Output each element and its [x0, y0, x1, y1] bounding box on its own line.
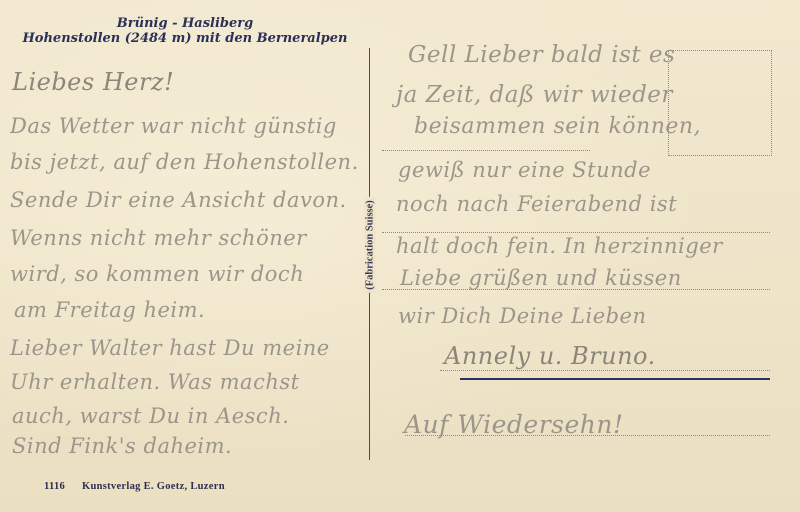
caption-location: Brünig - Hasliberg — [0, 16, 370, 31]
stamp-box — [668, 50, 772, 156]
handwriting-left-6: wird, so kommen wir doch — [10, 262, 304, 286]
publisher-name: Kunstverlag E. Goetz, Luzern — [82, 481, 225, 492]
handwriting-right-8: wir Dich Deine Lieben — [398, 304, 647, 328]
address-rule-solid — [460, 378, 770, 380]
handwriting-left-8: Lieber Walter hast Du meine — [10, 336, 330, 360]
address-line-2 — [382, 232, 770, 233]
handwriting-right-1: Gell Lieber bald ist es — [408, 42, 675, 68]
handwriting-left-5: Wenns nicht mehr schöner — [10, 226, 307, 250]
fabrication-label: (Fabrication Suisse) — [365, 197, 376, 293]
postcard-back: Brünig - Hasliberg Hohenstollen (2484 m)… — [0, 0, 800, 512]
closing-farewell: Auf Wiedersehn! — [404, 410, 624, 439]
signature: Annely u. Bruno. — [444, 342, 656, 370]
handwriting-left-4: Sende Dir eine Ansicht davon. — [10, 188, 347, 212]
handwriting-left-1: Liebes Herz! — [12, 68, 174, 96]
handwriting-left-10: auch, warst Du in Aesch. — [12, 404, 289, 428]
handwriting-right-6: halt doch fein. In herzinniger — [396, 234, 723, 258]
handwriting-right-4: gewiß nur eine Stunde — [398, 158, 651, 182]
card-number: 1116 — [44, 481, 65, 492]
handwriting-left-9: Uhr erhalten. Was machst — [10, 370, 300, 394]
postcard-caption: Brünig - Hasliberg Hohenstollen (2484 m)… — [0, 16, 370, 46]
caption-description: Hohenstollen (2484 m) mit den Berneralpe… — [0, 31, 370, 46]
handwriting-left-7: am Freitag heim. — [14, 298, 205, 322]
handwriting-right-7: Liebe grüßen und küssen — [400, 266, 682, 290]
address-line-1 — [382, 150, 590, 151]
handwriting-left-11: Sind Fink's daheim. — [12, 434, 232, 458]
handwriting-left-2: Das Wetter war nicht günstig — [10, 114, 337, 138]
handwriting-right-5: noch nach Feierabend ist — [396, 192, 677, 216]
handwriting-right-3: beisammen sein können, — [414, 114, 701, 139]
publisher-imprint: 1116 Kunstverlag E. Goetz, Luzern — [44, 481, 225, 492]
address-line-4 — [440, 370, 770, 371]
handwriting-right-2: ja Zeit, daß wir wieder — [396, 82, 673, 108]
handwriting-left-3: bis jetzt, auf den Hohenstollen. — [10, 150, 359, 174]
